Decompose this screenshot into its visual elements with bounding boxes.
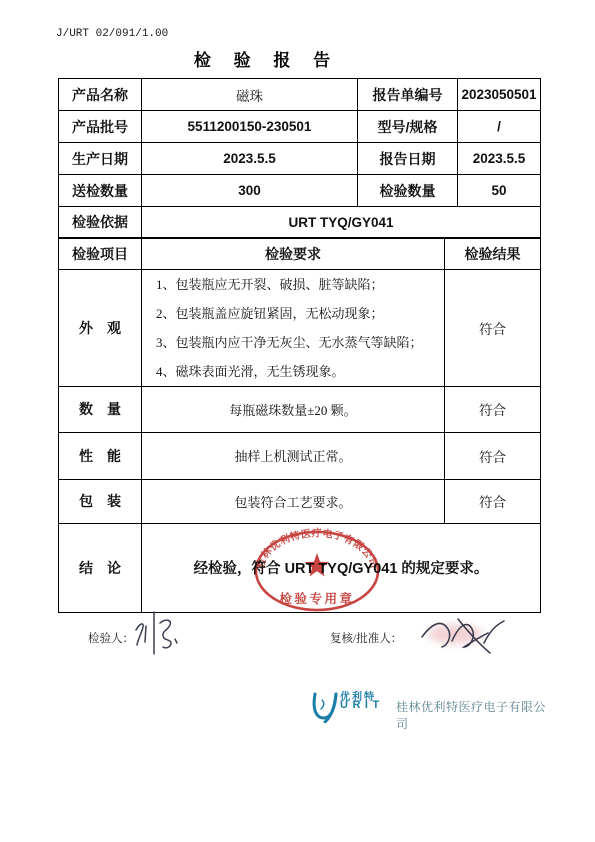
inspection-report-page: J/URT 02/091/1.00 检 验 报 告 产品名称 磁珠 报告单编号 … (0, 0, 595, 842)
product-info-table: 产品名称 磁珠 报告单编号 2023050501 产品批号 5511200150… (58, 78, 541, 238)
row-prod-date: 生产日期 2023.5.5 报告日期 2023.5.5 (59, 143, 541, 175)
report-date-value: 2023.5.5 (458, 143, 541, 175)
basis-value: URT TYQ/GY041 (142, 207, 541, 238)
performance-result: 符合 (445, 432, 541, 479)
report-title: 检 验 报 告 (0, 46, 524, 71)
header-result: 检验结果 (445, 238, 541, 269)
inspected-qty-label: 检验数量 (358, 175, 458, 207)
appearance-req-1: 1、包装瓶应无开裂、破损、脏等缺陷； (156, 270, 444, 299)
footer-logo-block: 优利特 URIT 桂林优利特医疗电子有限公司 (310, 688, 550, 726)
report-date-label: 报告日期 (358, 143, 458, 175)
appearance-req-2: 2、包装瓶盖应旋钮紧固，无松动现象； (156, 299, 444, 328)
submitted-qty-value: 300 (142, 175, 358, 207)
header-requirement: 检验要求 (142, 238, 445, 269)
batch-label: 产品批号 (59, 111, 142, 143)
report-no-value: 2023050501 (458, 79, 541, 111)
inspected-qty-value: 50 (458, 175, 541, 207)
performance-label: 性 能 (59, 432, 142, 479)
quantity-label: 数 量 (59, 386, 142, 432)
product-name-value: 磁珠 (142, 79, 358, 111)
document-code: J/URT 02/091/1.00 (56, 28, 168, 40)
stamp-bottom-text: 检验专用章 (279, 591, 354, 606)
report-no-label: 报告单编号 (358, 79, 458, 111)
footer-company-name: 桂林优利特医疗电子有限公司 (396, 698, 550, 732)
row-basis: 检验依据 URT TYQ/GY041 (59, 207, 541, 238)
appearance-label: 外 观 (59, 269, 142, 386)
row-batch: 产品批号 5511200150-230501 型号/规格 / (59, 111, 541, 143)
model-spec-label: 型号/规格 (358, 111, 458, 143)
inspection-header-row: 检验项目 检验要求 检验结果 (59, 238, 541, 269)
prod-date-label: 生产日期 (59, 143, 142, 175)
packaging-label: 包 装 (59, 479, 142, 523)
inspection-stamp: 桂林优利特医疗电子有限公司 检验专用章 (250, 526, 384, 616)
submitted-qty-label: 送检数量 (59, 175, 142, 207)
row-appearance: 外 观 1、包装瓶应无开裂、破损、脏等缺陷； 2、包装瓶盖应旋钮紧固，无松动现象… (59, 269, 541, 386)
basis-label: 检验依据 (59, 207, 142, 238)
reviewer-signature (418, 612, 506, 656)
row-quantity: 送检数量 300 检验数量 50 (59, 175, 541, 207)
quantity-requirement: 每瓶磁珠数量±20 颗。 (142, 386, 445, 432)
urit-logo-icon (310, 691, 338, 723)
packaging-result: 符合 (445, 479, 541, 523)
batch-value: 5511200150-230501 (142, 111, 358, 143)
row-performance: 性 能 抽样上机测试正常。 符合 (59, 432, 541, 479)
inspector-label: 检验人： (88, 630, 134, 646)
header-item: 检验项目 (59, 238, 142, 269)
inspector-signature (130, 608, 188, 658)
performance-requirement: 抽样上机测试正常。 (142, 432, 445, 479)
product-name-label: 产品名称 (59, 79, 142, 111)
conclusion-label: 结 论 (59, 523, 142, 612)
appearance-requirements: 1、包装瓶应无开裂、破损、脏等缺陷； 2、包装瓶盖应旋钮紧固，无松动现象； 3、… (142, 269, 445, 386)
prod-date-value: 2023.5.5 (142, 143, 358, 175)
model-spec-value: / (458, 111, 541, 143)
star-icon (305, 553, 330, 577)
quantity-result: 符合 (445, 386, 541, 432)
logo-english-text: URIT (340, 699, 384, 711)
row-product-name: 产品名称 磁珠 报告单编号 2023050501 (59, 79, 541, 111)
appearance-req-4: 4、磁珠表面光滑，无生锈现象。 (156, 357, 444, 386)
row-packaging: 包 装 包装符合工艺要求。 符合 (59, 479, 541, 523)
reviewer-label: 复核/批准人： (330, 630, 402, 646)
appearance-req-3: 3、包装瓶内应干净无灰尘、无水蒸气等缺陷； (156, 328, 444, 357)
row-quantity-check: 数 量 每瓶磁珠数量±20 颗。 符合 (59, 386, 541, 432)
appearance-result: 符合 (445, 269, 541, 386)
packaging-requirement: 包装符合工艺要求。 (142, 479, 445, 523)
